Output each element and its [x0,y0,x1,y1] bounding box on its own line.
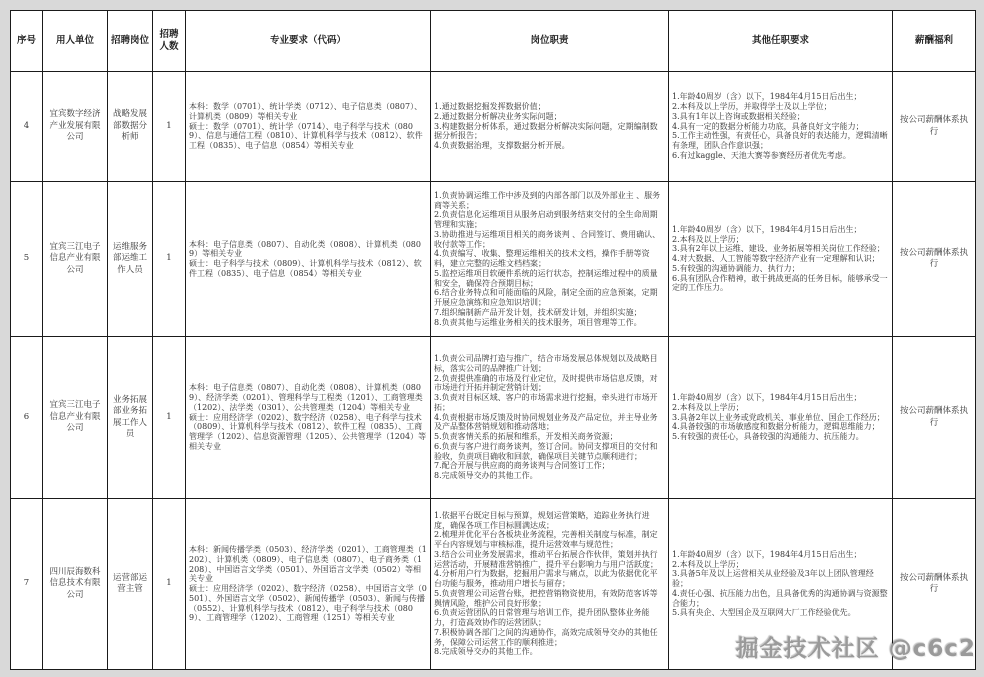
header-requirements: 其他任职要求 [669,11,893,72]
cell-major: 本科：电子信息类（0807）、自动化类（0808）、计算机类（0809）、经济学… [186,337,431,499]
cell-requirements: 1.年龄40周岁（含）以下，1984年4月15日后出生； 2.本科及以上学历； … [669,499,893,670]
cell-duties: 1.负责协调运维工作中涉及到的内部各部门以及外部业主 、服务商等关系； 2.负责… [431,182,669,337]
cell-seq: 4 [11,72,43,182]
table-row: 4 宜宾数字经济产业发展有限公司 战略发展部数据分析师 1 本科：数学（0701… [11,72,976,182]
cell-seq: 7 [11,499,43,670]
cell-count: 1 [153,182,186,337]
cell-salary: 按公司薪酬体系执行 [893,499,976,670]
cell-employer: 宜宾数字经济产业发展有限公司 [43,72,108,182]
header-employer: 用人单位 [43,11,108,72]
table-row: 5 宜宾三江电子信息产业有限公司 运维服务部运维工作人员 1 本科：电子信息类（… [11,182,976,337]
cell-requirements: 1.年龄40周岁（含）以下，1984年4月15日后出生； 2.本科及以上学历； … [669,182,893,337]
cell-seq: 6 [11,337,43,499]
cell-salary: 按公司薪酬体系执行 [893,337,976,499]
cell-employer: 四川辰海数科信息技术有限公司 [43,499,108,670]
header-count: 招聘 人数 [153,11,186,72]
cell-seq: 5 [11,182,43,337]
header-row: 序号 用人单位 招聘岗位 招聘 人数 专业要求（代码） 岗位职责 其他任职要求 … [11,11,976,72]
cell-major: 本科：新闻传播学类（0503）、经济学类（0201）、工商管理类（1202）、计… [186,499,431,670]
header-duties: 岗位职责 [431,11,669,72]
cell-position: 运维服务部运维工作人员 [108,182,153,337]
cell-employer: 宜宾三江电子信息产业有限公司 [43,337,108,499]
cell-position: 战略发展部数据分析师 [108,72,153,182]
cell-major: 本科：数学（0701）、统计学类（0712）、电子信息类（0807）、计算机类（… [186,72,431,182]
cell-duties: 1.负责公司品牌打造与推广，结合市场发展总体规划以及战略目标，落实公司的品牌推广… [431,337,669,499]
cell-requirements: 1.年龄40周岁（含）以下，1984年4月15日后出生； 2.本科及以上学历，并… [669,72,893,182]
cell-count: 1 [153,499,186,670]
job-recruitment-table: 序号 用人单位 招聘岗位 招聘 人数 专业要求（代码） 岗位职责 其他任职要求 … [10,10,976,670]
cell-requirements: 1.年龄40周岁（含）以下，1984年4月15日后出生； 2.本科及以上学历； … [669,337,893,499]
cell-count: 1 [153,337,186,499]
header-salary: 薪酬福利 [893,11,976,72]
cell-salary: 按公司薪酬体系执行 [893,182,976,337]
cell-duties: 1.依据平台既定目标与预算，规划运营策略，追踪业务执行进度，确保各项工作目标圆满… [431,499,669,670]
cell-position: 运营部运营主管 [108,499,153,670]
cell-position: 业务拓展部业务拓展工作人员 [108,337,153,499]
cell-duties: 1.通过数据挖掘发挥数据价值； 2.通过数据分析解决业务实际问题； 3.构建数据… [431,72,669,182]
cell-major: 本科：电子信息类（0807）、自动化类（0808）、计算机类（0809）等相关专… [186,182,431,337]
header-seq: 序号 [11,11,43,72]
cell-count: 1 [153,72,186,182]
header-major: 专业要求（代码） [186,11,431,72]
document-page: 序号 用人单位 招聘岗位 招聘 人数 专业要求（代码） 岗位职责 其他任职要求 … [0,0,984,677]
header-position: 招聘岗位 [108,11,153,72]
table-row: 6 宜宾三江电子信息产业有限公司 业务拓展部业务拓展工作人员 1 本科：电子信息… [11,337,976,499]
cell-employer: 宜宾三江电子信息产业有限公司 [43,182,108,337]
table-row: 7 四川辰海数科信息技术有限公司 运营部运营主管 1 本科：新闻传播学类（050… [11,499,976,670]
cell-salary: 按公司薪酬体系执行 [893,72,976,182]
